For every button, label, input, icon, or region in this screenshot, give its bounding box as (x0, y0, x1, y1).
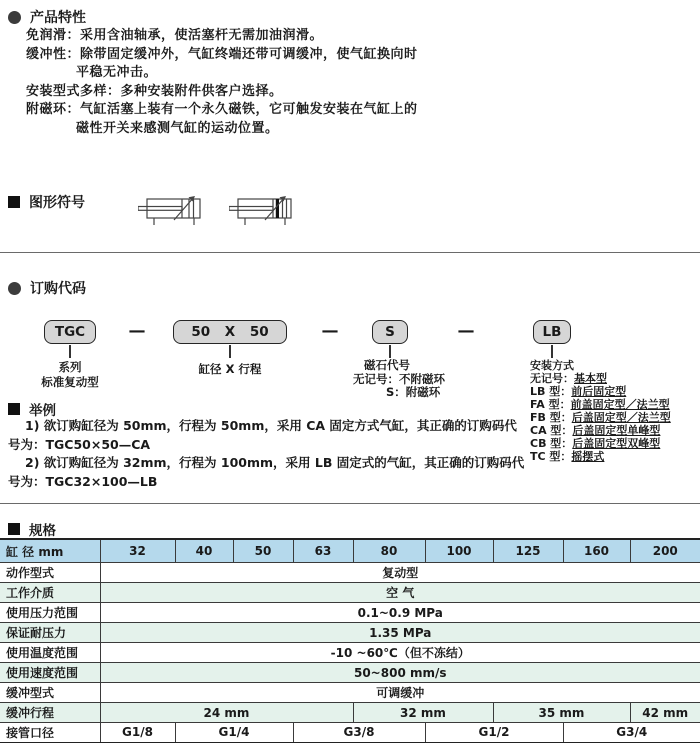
circle-bullet-icon (8, 282, 21, 295)
examples-section-title: 举例 (8, 399, 56, 419)
cylinder-symbol-icon (138, 196, 205, 228)
spec-row: 使用温度范围-10 ~60℃（但不冻结） (0, 643, 700, 663)
code-dash: — (124, 321, 150, 341)
mounting-option-code: LB 型： (530, 385, 571, 398)
spec-row: 使用压力范围0.1~0.9 MPa (0, 603, 700, 623)
spec-cell: 32 mm (353, 703, 493, 723)
magnet-legend-lines: 无记号：不附磁环S：附磁环 (353, 373, 445, 400)
symbols-title-text: 图形符号 (29, 192, 85, 212)
example-line: 号为：TGC32×100—LB (8, 473, 696, 492)
series-label-line2: 标准复动型 (20, 375, 120, 390)
magnet-legend: 磁石代号 无记号：不附磁环S：附磁环 (353, 359, 445, 400)
feature-line: 磁性开关来感测气缸的运动位置。 (26, 120, 418, 139)
features-section-title: 产品特性 (8, 7, 86, 27)
spec-row: 接管口径G1/8G1/4G3/8G1/2G3/4 (0, 723, 700, 743)
magnet-legend-title: 磁石代号 (353, 359, 445, 373)
specifications-table: 缸 径 mm3240506380100125160200 动作型式复动型工作介质… (0, 538, 700, 743)
bore-label-text: 缸径 X 行程 (173, 362, 287, 377)
spec-cell: -10 ~60℃（但不冻结） (100, 643, 700, 663)
square-bullet-icon (8, 523, 20, 535)
spec-cell: 空 气 (100, 583, 700, 603)
ordering-title-text: 订购代码 (30, 278, 86, 298)
stroke-value: 50 (250, 324, 269, 340)
spec-cell: 0.1~0.9 MPa (100, 603, 700, 623)
spec-cell: 42 mm (630, 703, 700, 723)
examples-title-text: 举例 (29, 399, 56, 419)
spec-bore-header: 40 (175, 539, 233, 563)
spec-bore-header: 100 (425, 539, 493, 563)
examples-text-block: 1) 欲订购缸径为 50mm，行程为 50mm，采用 CA 固定方式气缸，其正确… (8, 417, 696, 491)
symbols-section-title: 图形符号 (8, 192, 85, 212)
spec-row-label: 使用速度范围 (0, 663, 100, 683)
series-code-box: TGC (44, 320, 96, 344)
feature-line: 平稳无冲击。 (26, 64, 418, 83)
spec-cell: 50~800 mm/s (100, 663, 700, 683)
spec-cell: 35 mm (493, 703, 630, 723)
square-bullet-icon (8, 403, 20, 415)
spec-row-label: 接管口径 (0, 723, 100, 743)
feature-line: 免润滑：采用含油轴承，使活塞杆无需加油润滑。 (26, 27, 418, 46)
bore-x: X (225, 324, 235, 340)
mounting-option-name: 前盖固定型／法兰型 (571, 398, 670, 411)
mounting-option-name: 前后固定型 (571, 385, 626, 398)
spec-row-label: 动作型式 (0, 563, 100, 583)
cylinder-magnet-symbol-icon (229, 196, 296, 228)
spec-row-label: 使用温度范围 (0, 643, 100, 663)
spec-row: 保证耐压力1.35 MPa (0, 623, 700, 643)
spec-cell: 复动型 (100, 563, 700, 583)
spec-row: 缓冲行程24 mm32 mm35 mm42 mm (0, 703, 700, 723)
mounting-option-code: 无记号： (530, 372, 574, 385)
square-bullet-icon (8, 196, 20, 208)
series-label-line1: 系列 (20, 360, 120, 375)
example-line: 1) 欲订购缸径为 50mm，行程为 50mm，采用 CA 固定方式气缸，其正确… (8, 417, 696, 436)
mounting-option: FA 型：前盖固定型／法兰型 (530, 398, 671, 411)
spec-row: 工作介质空 气 (0, 583, 700, 603)
features-text-block: 免润滑：采用含油轴承，使活塞杆无需加油润滑。缓冲性：除带固定缓冲外，气缸终端还带… (26, 27, 418, 139)
spec-bore-header: 200 (630, 539, 700, 563)
spec-cell: G3/4 (563, 723, 700, 743)
spec-row: 缓冲型式可调缓冲 (0, 683, 700, 703)
section-divider (0, 503, 700, 504)
spec-cell: G1/2 (425, 723, 563, 743)
spec-cell: 1.35 MPa (100, 623, 700, 643)
features-title-text: 产品特性 (30, 7, 86, 27)
spec-row: 动作型式复动型 (0, 563, 700, 583)
magnet-code: S (385, 324, 395, 340)
specs-section-title: 规格 (8, 519, 56, 539)
datasheet-page: 产品特性 免润滑：采用含油轴承，使活塞杆无需加油润滑。缓冲性：除带固定缓冲外，气… (0, 0, 700, 743)
spec-bore-header: 125 (493, 539, 563, 563)
feature-line: 安装型式多样：多种安装附件供客户选择。 (26, 83, 418, 102)
mounting-legend-title: 安装方式 (530, 359, 671, 372)
feature-line: 缓冲性：除带固定缓冲外，气缸终端还带可调缓冲，使气缸换向时 (26, 46, 418, 65)
bore-stroke-label: 缸径 X 行程 (173, 362, 287, 377)
connector-line (229, 345, 231, 358)
magnet-legend-line: S：附磁环 (353, 386, 445, 400)
spec-cell: G3/8 (293, 723, 425, 743)
mounting-option-name: 基本型 (574, 372, 607, 385)
spec-row-label: 工作介质 (0, 583, 100, 603)
table-header-row: 缸 径 mm3240506380100125160200 (0, 539, 700, 563)
code-dash: — (453, 321, 479, 341)
code-dash: — (317, 321, 343, 341)
spec-cell: G1/4 (175, 723, 293, 743)
spec-bore-header: 80 (353, 539, 425, 563)
circle-bullet-icon (8, 11, 21, 24)
spec-cell: 可调缓冲 (100, 683, 700, 703)
specs-title-text: 规格 (29, 519, 56, 539)
spec-row-label: 使用压力范围 (0, 603, 100, 623)
mounting-option: 无记号：基本型 (530, 372, 671, 385)
connector-line (551, 345, 553, 358)
bore-stroke-code-box: 50 X 50 (173, 320, 287, 344)
spec-row-label: 缓冲行程 (0, 703, 100, 723)
spec-bore-header: 50 (233, 539, 293, 563)
spec-row: 使用速度范围50~800 mm/s (0, 663, 700, 683)
spec-bore-header: 160 (563, 539, 630, 563)
spec-row-label: 保证耐压力 (0, 623, 100, 643)
magnet-legend-line: 无记号：不附磁环 (353, 373, 445, 387)
mounting-code: LB (543, 324, 562, 340)
feature-line: 附磁环：气缸活塞上装有一个永久磁铁，它可触发安装在气缸上的 (26, 101, 418, 120)
bore-value: 50 (191, 324, 210, 340)
pneumatic-symbols (138, 196, 296, 228)
ordering-section-title: 订购代码 (8, 278, 86, 298)
spec-header-label: 缸 径 mm (0, 539, 100, 563)
example-line: 2) 欲订购缸径为 32mm，行程为 100mm，采用 LB 固定式的气缸，其正… (8, 454, 696, 473)
mounting-code-box: LB (533, 320, 571, 344)
mounting-option: LB 型：前后固定型 (530, 385, 671, 398)
mounting-option-code: FA 型： (530, 398, 571, 411)
section-divider (0, 252, 700, 253)
spec-bore-header: 63 (293, 539, 353, 563)
example-line: 号为：TGC50×50—CA (8, 436, 696, 455)
series-code: TGC (55, 324, 85, 340)
spec-bore-header: 32 (100, 539, 175, 563)
connector-line (69, 345, 71, 358)
spec-cell: G1/8 (100, 723, 175, 743)
magnet-code-box: S (372, 320, 408, 344)
spec-cell: 24 mm (100, 703, 353, 723)
connector-line (389, 345, 391, 358)
spec-row-label: 缓冲型式 (0, 683, 100, 703)
series-label: 系列 标准复动型 (20, 360, 120, 389)
